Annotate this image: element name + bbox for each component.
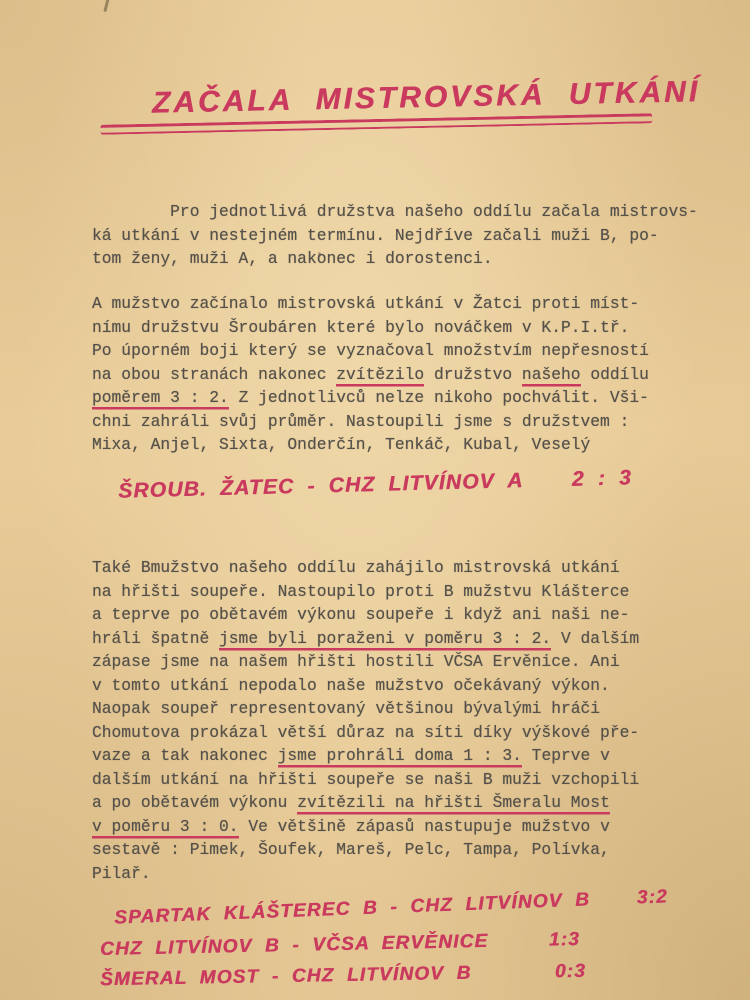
typed-line: Pro jednotlivá družstva našeho oddílu za… (92, 200, 698, 224)
typed-line: Také Bmužstvo našeho oddílu zahájilo mis… (92, 556, 639, 580)
typed-text: Mixa, Anjel, Sixta, Onderčín, Tenkáč, Ku… (92, 435, 590, 454)
typed-text: tom ženy, muži A, a nakonec i dorostenci… (92, 249, 493, 268)
typed-line: tom ženy, muži A, a nakonec i dorostenci… (92, 247, 698, 271)
marker-underlined-text: jsme prohráli doma 1 : 3. (278, 746, 522, 765)
typed-text: Chomutova prokázal větší důraz na síti d… (92, 723, 639, 742)
typed-line: hráli špatně jsme byli poraženi v poměru… (92, 627, 639, 651)
typed-text: vaze a tak nakonec (92, 746, 278, 765)
typed-text: V dalším (551, 629, 639, 648)
typed-text: družstvo (424, 365, 522, 384)
typed-line: Mixa, Anjel, Sixta, Onderčín, Tenkáč, Ku… (92, 433, 649, 457)
typed-line: na hřišti soupeře. Nastoupilo proti B mu… (92, 580, 639, 604)
typed-line: Chomutova prokázal větší důraz na síti d… (92, 721, 639, 745)
handwritten-result-ervenice: CHZ LITVÍNOV B - VČSA ERVĚNICE 1:3 (100, 929, 580, 961)
typed-line: sestavě : Pimek, Šoufek, Mareš, Pelc, Ta… (92, 838, 639, 862)
typed-text: oddílu (581, 365, 649, 384)
handwritten-result-smeral-most: ŠMERAL MOST - CHZ LITVÍNOV B 0:3 (100, 961, 586, 991)
marker-underlined-text: zvítězili na hřišti Šmeralu Most (297, 793, 610, 812)
typed-line: na obou stranách nakonec zvítězilo družs… (92, 363, 649, 387)
match-teams: CHZ LITVÍNOV B - VČSA ERVĚNICE (100, 931, 489, 960)
typed-line: ká utkání v nestejném termínu. Nejdříve … (92, 224, 698, 248)
match-score: 2 : 3 (572, 466, 633, 492)
typed-line: Pilař. (92, 862, 639, 886)
match-teams: SPARTAK KLÁŠTEREC B - CHZ LITVÍNOV B (114, 889, 591, 928)
marker-underlined-text: zvítězilo (336, 365, 424, 384)
typed-text: a teprve po obětavém výkonu soupeře i kd… (92, 605, 629, 624)
typed-text: na obou stranách nakonec (92, 365, 336, 384)
typed-line: vaze a tak nakonec jsme prohráli doma 1 … (92, 744, 639, 768)
match-teams: ŠROUB. ŽATEC - CHZ LITVÍNOV A (118, 469, 524, 503)
handwritten-result-zatec: ŠROUB. ŽATEC - CHZ LITVÍNOV A 2 : 3 (118, 466, 632, 503)
typed-text: Po úporném boji který se vyznačoval množ… (92, 341, 649, 360)
typed-line: Po úporném boji který se vyznačoval množ… (92, 339, 649, 363)
typed-line: A mužstvo začínalo mistrovská utkání v Ž… (92, 292, 649, 316)
handwritten-result-klasterec: SPARTAK KLÁŠTEREC B - CHZ LITVÍNOV B 3:2 (114, 886, 668, 929)
marker-underlined-text: v poměru 3 : 0. (92, 817, 239, 836)
typed-line: a po obětavém výkonu zvítězili na hřišti… (92, 791, 639, 815)
typed-text: ká utkání v nestejném termínu. Nejdříve … (92, 226, 659, 245)
typed-text: na hřišti soupeře. Nastoupilo proti B mu… (92, 582, 629, 601)
match-score: 0:3 (555, 961, 586, 984)
typed-text: v tomto utkání nepodalo naše mužstvo oče… (92, 676, 610, 695)
paragraph-intro: Pro jednotlivá družstva našeho oddílu za… (92, 200, 698, 271)
typed-text: Pro jednotlivá družstva našeho oddílu za… (92, 202, 698, 221)
typed-text: chni zahráli svůj průměr. Nastoupili jsm… (92, 412, 629, 431)
typed-text: sestavě : Pimek, Šoufek, Mareš, Pelc, Ta… (92, 840, 610, 859)
match-score: 3:2 (636, 886, 668, 909)
typed-text: A mužstvo začínalo mistrovská utkání v Ž… (92, 294, 639, 313)
paragraph-team-a: A mužstvo začínalo mistrovská utkání v Ž… (92, 292, 649, 457)
typed-text: a po obětavém výkonu (92, 793, 297, 812)
marker-underlined-text: našeho (522, 365, 581, 384)
typed-text: Teprve v (522, 746, 610, 765)
typed-line: Naopak soupeř representovaný většinou bý… (92, 697, 639, 721)
typed-text: zápase jsme na našem hřišti hostili VČSA… (92, 652, 620, 671)
typed-text: Také Bmužstvo našeho oddílu zahájilo mis… (92, 558, 620, 577)
typed-line: dalším utkání na hřišti soupeře se naši … (92, 768, 639, 792)
typed-text: Naopak soupeř representovaný většinou bý… (92, 699, 600, 718)
typed-line: v poměru 3 : 0. Ve většině zápasů nastup… (92, 815, 639, 839)
typed-text: Ve většině zápasů nastupuje mužstvo v (239, 817, 610, 836)
match-teams: ŠMERAL MOST - CHZ LITVÍNOV B (100, 963, 472, 990)
match-score: 1:3 (549, 929, 581, 952)
typed-line: zápase jsme na našem hřišti hostili VČSA… (92, 650, 639, 674)
typed-line: v tomto utkání nepodalo naše mužstvo oče… (92, 674, 639, 698)
typed-text: Z jednotlivců nelze nikoho pochválit. Vš… (229, 388, 649, 407)
marker-underlined-text: poměrem 3 : 2. (92, 388, 229, 407)
typed-line: chni zahráli svůj průměr. Nastoupili jsm… (92, 410, 649, 434)
scanned-document-page: ZAČALA MISTROVSKÁ UTKÁNÍ Pro jednotlivá … (0, 0, 750, 1000)
pen-mark (103, 0, 109, 12)
marker-underlined-text: jsme byli poraženi v poměru 3 : 2. (219, 629, 551, 648)
typed-line: a teprve po obětavém výkonu soupeře i kd… (92, 603, 639, 627)
typed-text: hráli špatně (92, 629, 219, 648)
typed-line: nímu družstvu Šroubáren které bylo nováč… (92, 316, 649, 340)
typed-text: Pilař. (92, 864, 151, 883)
paragraph-team-b: Také Bmužstvo našeho oddílu zahájilo mis… (92, 556, 639, 885)
typed-text: dalším utkání na hřišti soupeře se naši … (92, 770, 639, 789)
typed-text: nímu družstvu Šroubáren které bylo nováč… (92, 318, 629, 337)
document-title-group: ZAČALA MISTROVSKÁ UTKÁNÍ (100, 76, 653, 135)
typed-line: poměrem 3 : 2. Z jednotlivců nelze nikoh… (92, 386, 649, 410)
